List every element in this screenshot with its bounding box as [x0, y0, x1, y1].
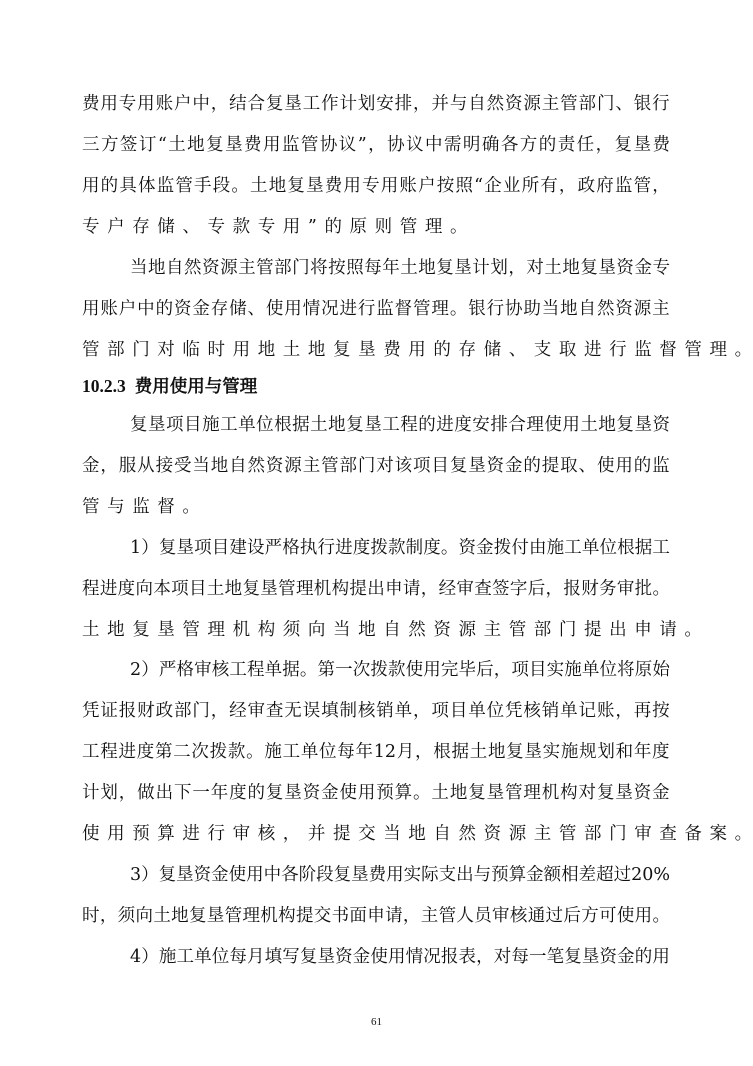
text-line: 三方签订“土地复垦费用监管协议”，协议中需明确各方的责任，复垦费 — [82, 132, 670, 158]
document-page: 费用专用账户中，结合复垦工作计划安排，并与自然资源主管部门、银行三方签订“土地复… — [0, 0, 753, 1066]
text-line: 复垦项目施工单位根据土地复垦工程的进度安排合理使用土地复垦资 — [130, 412, 670, 438]
text-line: 3）复垦资金使用中各阶段复垦费用实际支出与预算金额相差超过20% — [130, 862, 670, 888]
text-line: 管与监督。 — [82, 494, 670, 520]
text-line: 时，须向土地复垦管理机构提交书面申请，主管人员审核通过后方可使用。 — [82, 903, 670, 929]
text-line: 使用预算进行审核，并提交当地自然资源主管部门审查备案。 — [82, 821, 670, 847]
text-line: 用账户中的资金存储、使用情况进行监督管理。银行协助当地自然资源主 — [82, 296, 670, 322]
text-line: 用的具体监管手段。土地复垦费用专用账户按照“企业所有，政府监管， — [82, 173, 670, 199]
text-line: 凭证报财政部门，经审查无误填制核销单，项目单位凭核销单记账，再按 — [82, 698, 670, 724]
section-number: 10.2.3 — [82, 376, 126, 396]
text-line: 金，服从接受当地自然资源主管部门对该项目复垦资金的提取、使用的监 — [82, 453, 670, 479]
text-line: 土地复垦管理机构须向当地自然资源主管部门提出申请。 — [82, 617, 670, 643]
section-title: 费用使用与管理 — [135, 376, 258, 396]
section-heading: 10.2.3费用使用与管理 — [82, 373, 257, 399]
text-line: 2）严格审核工程单据。第一次拨款使用完毕后，项目实施单位将原始 — [130, 657, 670, 683]
text-line: 4）施工单位每月填写复垦资金使用情况报表，对每一笔复垦资金的用 — [130, 944, 670, 970]
text-line: 1）复垦项目建设严格执行进度拨款制度。资金拨付由施工单位根据工 — [130, 535, 670, 561]
text-line: 管部门对临时用地土地复垦费用的存储、支取进行监督管理。 — [82, 337, 670, 363]
text-line: 程进度向本项目土地复垦管理机构提出申请，经审查签字后，报财务审批。 — [82, 576, 670, 602]
text-line: 当地自然资源主管部门将按照每年土地复垦计划，对土地复垦资金专 — [130, 255, 670, 281]
text-line: 专户存储、专款专用”的原则管理。 — [82, 214, 670, 240]
text-line: 计划，做出下一年度的复垦资金使用预算。土地复垦管理机构对复垦资金 — [82, 780, 670, 806]
text-line: 工程进度第二次拨款。施工单位每年12月，根据土地复垦实施规划和年度 — [82, 739, 670, 765]
page-number: 61 — [0, 1016, 753, 1028]
text-line: 费用专用账户中，结合复垦工作计划安排，并与自然资源主管部门、银行 — [82, 91, 670, 117]
